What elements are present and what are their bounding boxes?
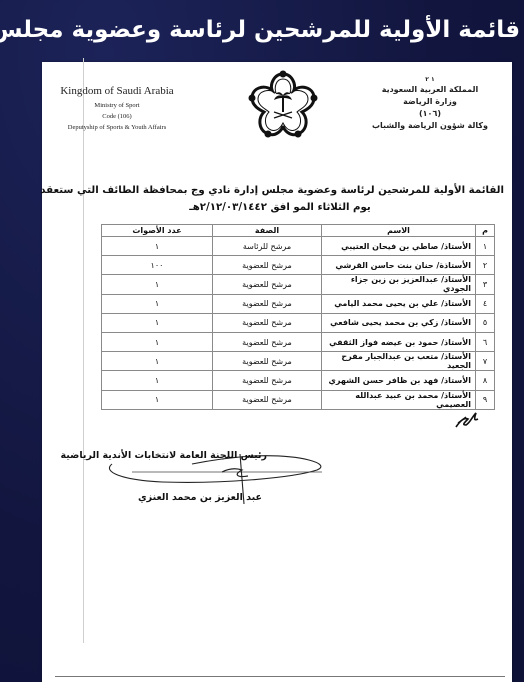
signature-block: رئيس اللجنة العامة لانتخابات الأندية الر… [102,442,362,522]
table-row: ١ الأستاذ/ صاطي بن فيحان العتيبي مرشح لل… [102,237,495,256]
margin-rule [83,58,84,643]
row-name: الأستاذ/ علي بن يحيى محمد اليامي [322,294,476,313]
row-votes: ١ [102,237,213,256]
table-row: ٧ الأستاذ/ متعب بن عبدالجبار مفرح الجعيد… [102,352,495,371]
row-role: مرشح للعضوية [213,256,322,275]
row-name: الأستاذ/ صاطي بن فيحان العتيبي [322,237,476,256]
saudi-emblem-icon [242,66,324,148]
table-header-row: م الاسم الصفة عدد الأصوات [102,225,495,237]
row-num: ٢ [476,256,495,275]
initials-mark-icon [452,407,482,431]
document-page: Kingdom of Saudi Arabia Ministry of Spor… [42,62,512,682]
row-num: ٦ [476,332,495,351]
table-row: ٤ الأستاذ/ علي بن يحيى محمد اليامي مرشح … [102,294,495,313]
letterhead-ministry-en: Ministry of Sport [42,100,192,111]
row-votes: ١ [102,313,213,332]
row-num: ٨ [476,371,495,390]
row-role: مرشح للعضوية [213,352,322,371]
row-num: ٣ [476,275,495,294]
row-role: مرشح للعضوية [213,294,322,313]
row-votes: ١ [102,352,213,371]
row-role: مرشح للعضوية [213,390,322,409]
header-num: م [476,225,495,237]
page-banner-title: قائمة الأولية للمرشحين لرئاسة وعضوية مجل… [0,10,520,50]
signature-title: رئيس اللجنة العامة لانتخابات الأندية الر… [61,450,267,461]
row-name: الأستاذ/ عبدالعزيز بن زين جزاء الجودي [322,275,476,294]
table-row: ٦ الأستاذ/ حمود بن عيضه فواز الثقفي مرشح… [102,332,495,351]
row-votes: ١ [102,294,213,313]
row-role: مرشح للرئاسة [213,237,322,256]
document-title-line2: يوم الثلاثاء المو افق ٢/١٢/٠٣/١٤٤٢هـ [56,199,504,216]
signature-name: عبد العزيز بن محمد العنزي [138,492,262,503]
row-num: ١ [476,237,495,256]
letterhead-english: Kingdom of Saudi Arabia Ministry of Spor… [42,82,192,133]
row-name: الأستاذة/ حنان بنت حاسن القرشي [322,256,476,275]
table-row: ٩ الأستاذ/ محمد بن عبيد عبدالله العصيمي … [102,390,495,409]
table-row: ٣ الأستاذ/ عبدالعزيز بن زين جزاء الجودي … [102,275,495,294]
document-title-line1: القائمة الأولية للمرشحين لرئاسة وعضوية م… [56,182,504,199]
row-name: الأستاذ/ زكي بن محمد يحيى شافعي [322,313,476,332]
letterhead-code-en: Code (106) [42,111,192,122]
row-num: ٧ [476,352,495,371]
candidates-table: م الاسم الصفة عدد الأصوات ١ الأستاذ/ صاط… [101,224,495,410]
row-votes: ١ [102,371,213,390]
letterhead-deputyship-ar: وكالة شؤون الرياضة والشباب [360,120,500,132]
letterhead-country-ar: المملكة العربية السعودية [360,84,500,96]
table-row: ٥ الأستاذ/ زكي بن محمد يحيى شافعي مرشح ل… [102,313,495,332]
table-row: ٨ الأستاذ/ فهد بن ظافر حسن الشهري مرشح ل… [102,371,495,390]
table-row: ٢ الأستاذة/ حنان بنت حاسن القرشي مرشح لل… [102,256,495,275]
letterhead-code-ar: (١٠٦) [360,108,500,120]
row-role: مرشح للعضوية [213,313,322,332]
header-name: الاسم [322,225,476,237]
letterhead-marks: ١ ٢ [360,76,500,84]
row-votes: ١٠٠ [102,256,213,275]
row-name: الأستاذ/ حمود بن عيضه فواز الثقفي [322,332,476,351]
row-num: ٥ [476,313,495,332]
letterhead-arabic: ١ ٢ المملكة العربية السعودية وزارة الريا… [360,76,500,132]
footer-rule [55,676,505,677]
row-name: الأستاذ/ فهد بن ظافر حسن الشهري [322,371,476,390]
header-role: الصفة [213,225,322,237]
document-title: القائمة الأولية للمرشحين لرئاسة وعضوية م… [56,182,504,216]
row-num: ٤ [476,294,495,313]
row-votes: ١ [102,332,213,351]
letterhead-deputyship-en: Deputyship of Sports & Youth Affairs [42,122,192,133]
row-role: مرشح للعضوية [213,332,322,351]
row-role: مرشح للعضوية [213,371,322,390]
letterhead-ministry-ar: وزارة الرياضة [360,96,500,108]
row-votes: ١ [102,275,213,294]
row-name: الأستاذ/ متعب بن عبدالجبار مفرح الجعيد [322,352,476,371]
header-votes: عدد الأصوات [102,225,213,237]
row-votes: ١ [102,390,213,409]
letterhead-country-en: Kingdom of Saudi Arabia [42,82,192,100]
row-role: مرشح للعضوية [213,275,322,294]
